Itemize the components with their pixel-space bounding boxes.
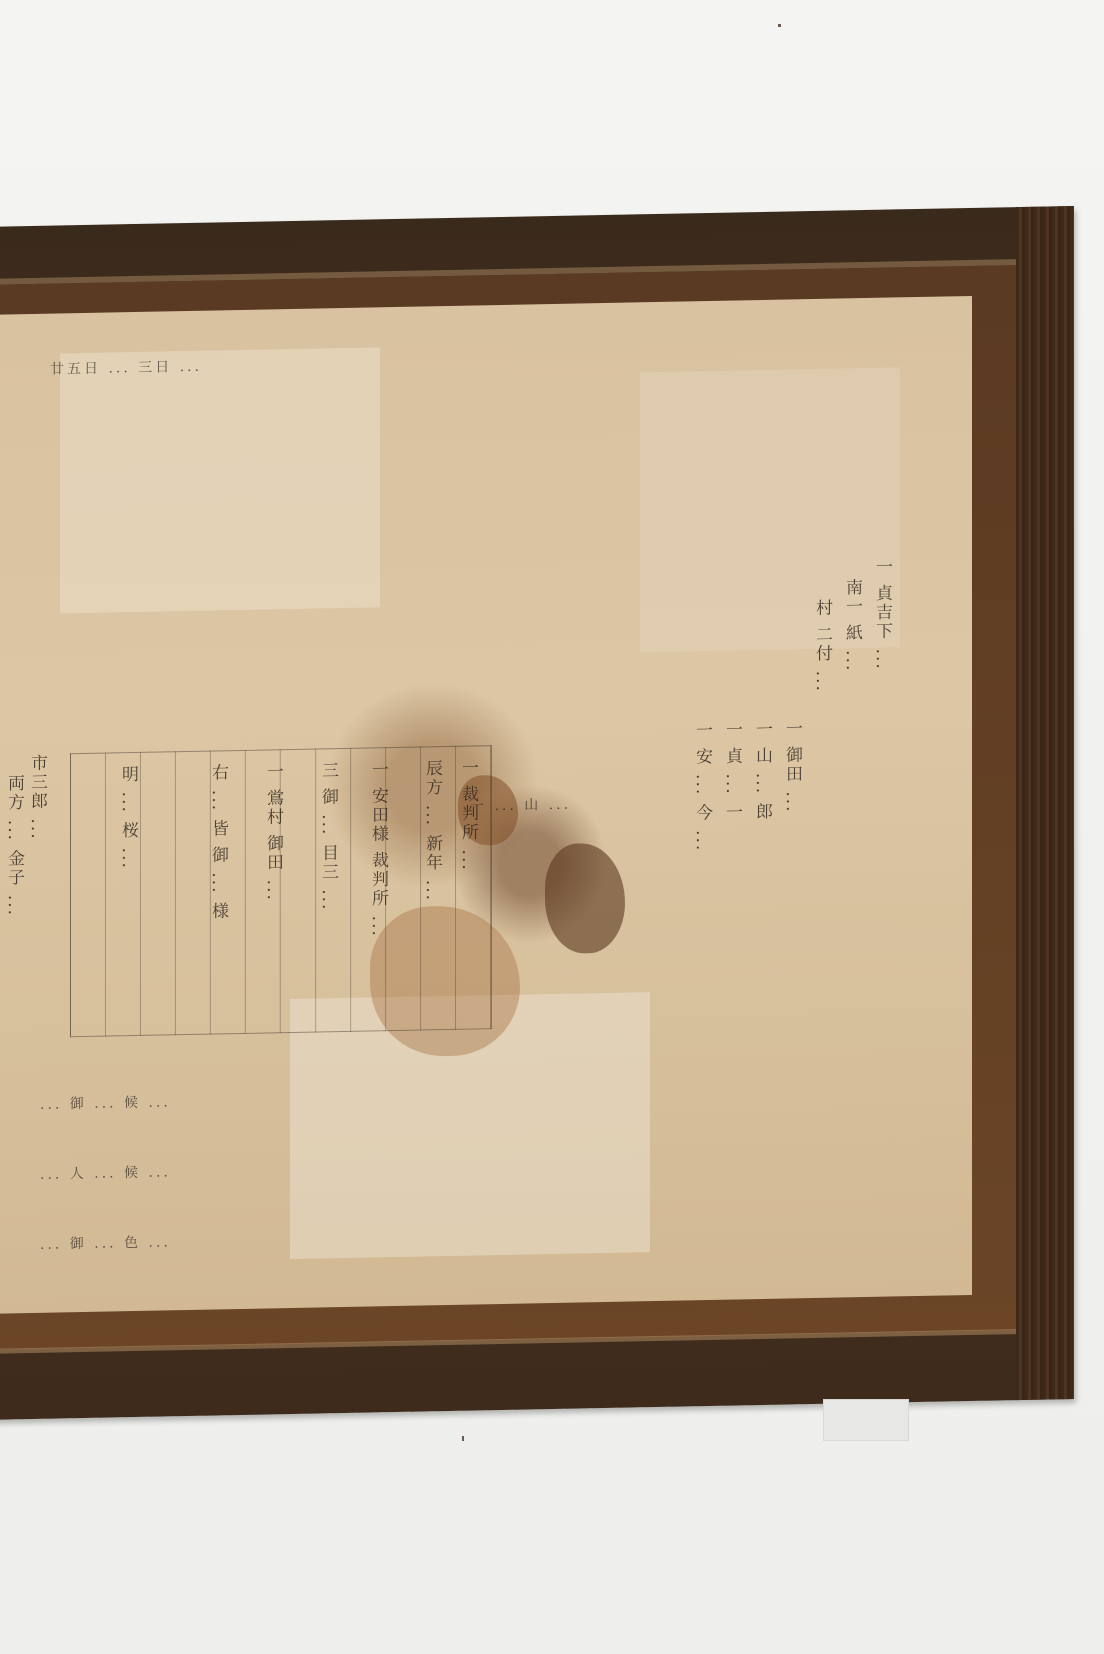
- ruled-document: 一 裁判所 ... 辰方 ... 新年 ... 一 安田様 裁判所 ... 三 …: [70, 745, 492, 1037]
- document-collage: 廿五日 ... 三日 ... 一 裁判所 ... 辰方 ... 新年 ... 一…: [0, 296, 972, 1314]
- text-column: 明 ... 桜 ...: [116, 765, 141, 870]
- water-stain: [545, 843, 625, 955]
- text-column: 一 山 ... 郎: [750, 720, 775, 822]
- text-column: 両方 ... 金子 ...: [2, 774, 27, 917]
- text-column: 右 ... 皆 御 ... 様: [206, 763, 231, 921]
- text-row: ... 御 ... 候 ...: [40, 1091, 171, 1114]
- wall-speck: [462, 1436, 464, 1441]
- text-column: 三 御 ... 目三 ...: [316, 761, 341, 912]
- text-fragment: 一 ... 山 ...: [470, 794, 571, 816]
- text-column: 市三郎 ...: [25, 754, 50, 841]
- text-column: 南一 紙 ...: [840, 578, 865, 673]
- text-column: 一 貞 ... 一: [720, 720, 745, 822]
- text-column: 村 二付 ...: [810, 599, 835, 694]
- frame-inner-bevel: 廿五日 ... 三日 ... 一 裁判所 ... 辰方 ... 新年 ... 一…: [0, 265, 1016, 1350]
- text-column: 一 安 ... 今 ...: [690, 721, 715, 853]
- text-column: 一 安田様 裁判所 ...: [366, 760, 391, 938]
- paper-patch: [60, 347, 380, 613]
- text-column: 一 貞吉下 ...: [870, 557, 895, 671]
- wall-speck: [778, 24, 781, 27]
- text-row: ... 人 ... 候 ...: [40, 1161, 171, 1184]
- frame-right-side: [1016, 206, 1074, 1400]
- text-column: 一 鴬村 御田 ...: [261, 762, 286, 902]
- text-column: 一 御田 ...: [780, 719, 805, 814]
- text-row: ... 御 ... 色 ...: [40, 1231, 171, 1254]
- wooden-frame: 廿五日 ... 三日 ... 一 裁判所 ... 辰方 ... 新年 ... 一…: [0, 206, 1074, 1420]
- header-text: 廿五日 ... 三日 ...: [50, 356, 202, 379]
- display-support-block: [823, 1399, 909, 1441]
- text-column: 辰方 ... 新年 ...: [420, 759, 445, 902]
